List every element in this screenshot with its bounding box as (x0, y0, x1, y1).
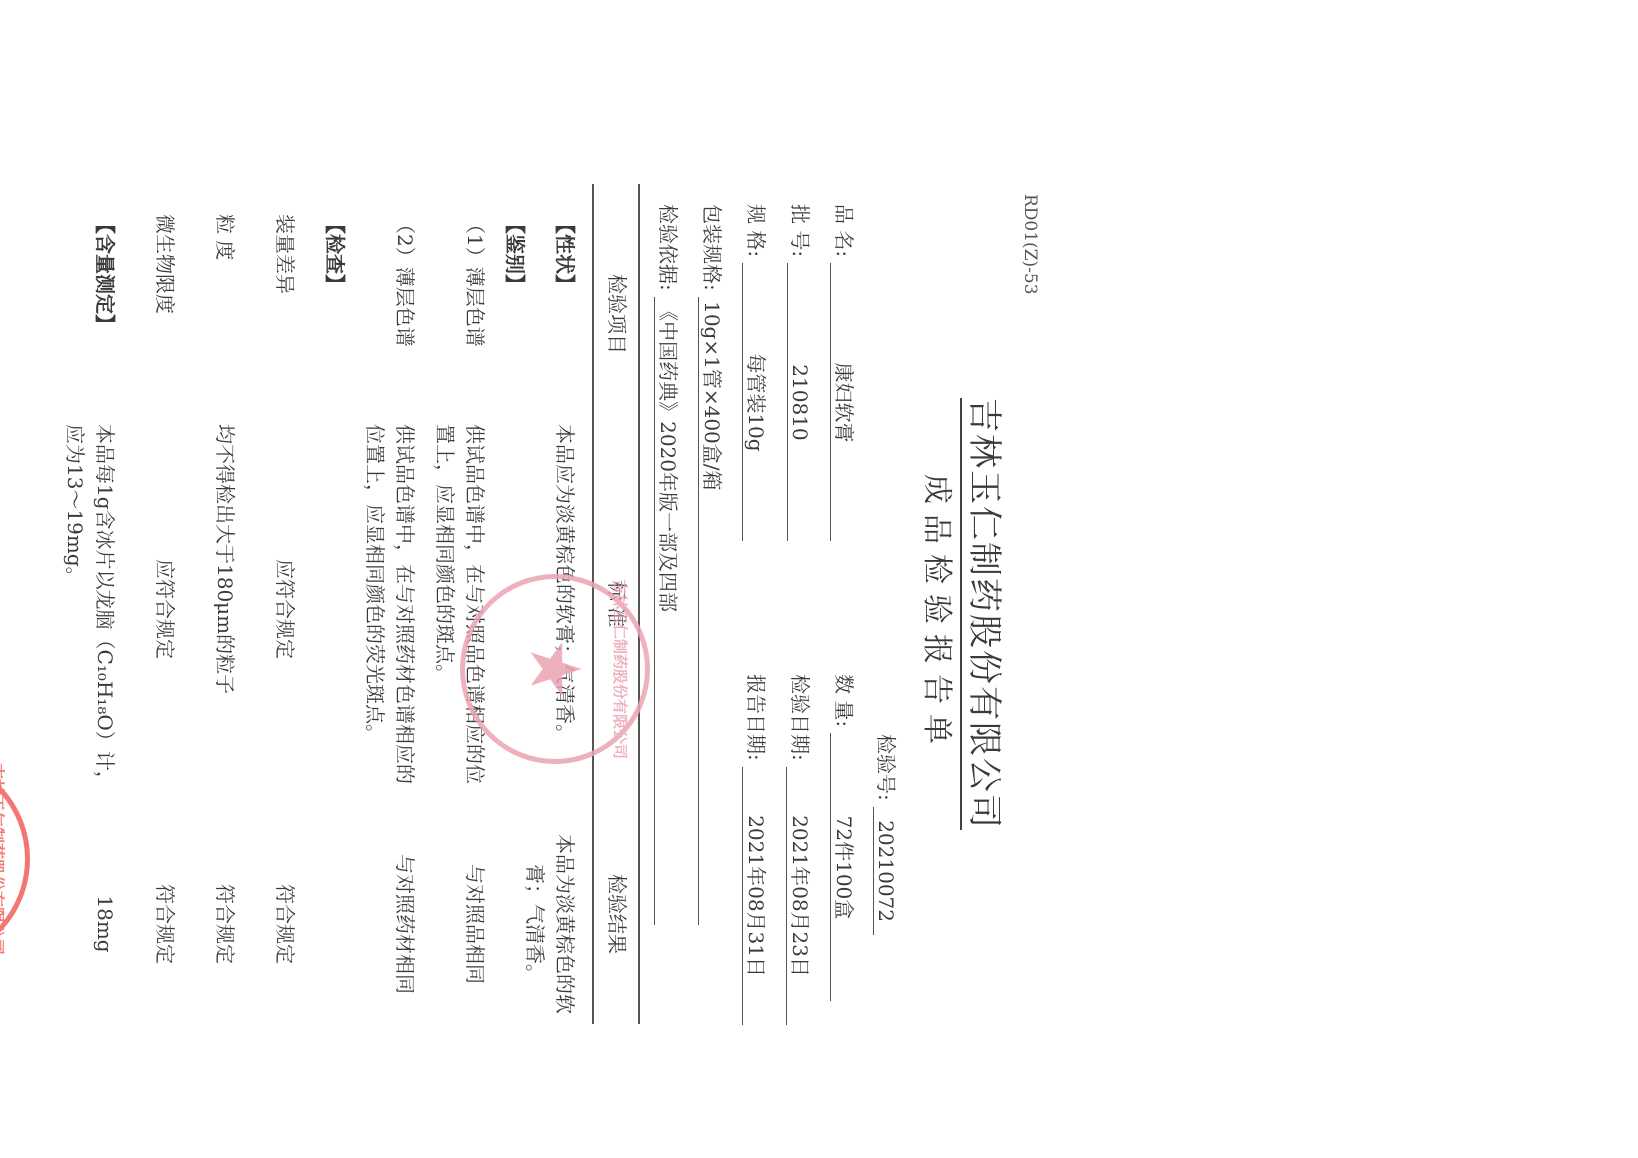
spec-field: 规 格: 每管装10g (742, 204, 772, 541)
star-icon: ★ (520, 638, 590, 701)
packing-field: 包装规格: 10g×1管×400盒/箱 (698, 204, 728, 925)
row-item: 微生物限度 (150, 214, 180, 414)
row-standard: 本品每1g含冰片以龙脑（C₁₀H₁₈O）计，应为13～19mg。 (60, 424, 120, 794)
row-item: 【检查】 (320, 214, 350, 414)
company-name: 吉林玉仁制药股份有限公司 (963, 174, 1012, 1054)
standard-stamp: ★ 吉林玉仁制药股份有限公司 (460, 574, 650, 764)
quality-stamp: ★ 吉林玉仁制药股份有限公司 质量管理部 (0, 754, 30, 964)
row-result: 与对照品相同 (460, 824, 490, 1024)
row-result: 与对照药材相同 (390, 824, 420, 1024)
report-date-field: 报告日期: 2021年08月31日 (742, 674, 772, 1025)
row-item: 粒 度 (210, 214, 240, 414)
inspection-no: 检验号: 20210072 (873, 734, 902, 935)
row-item: （2）薄层色谱 (390, 214, 420, 414)
inspection-date-field: 检验日期: 2021年08月23日 (786, 674, 816, 1025)
quantity-field: 数 量: 72件100盒 (830, 674, 860, 1001)
row-standard: 应符合规定 (270, 424, 300, 794)
row-result: 符合规定 (150, 824, 180, 1024)
inspection-report-page: RD01(Z)-53 吉林玉仁制药股份有限公司 成品检验报告单 检验号: 202… (0, 174, 1070, 1054)
table-top-border (638, 184, 640, 1024)
product-name-field: 品 名: 康妇软膏 (830, 204, 860, 541)
row-result: 18mg (90, 824, 120, 1024)
header-item: 检验项目 (602, 214, 632, 414)
batch-no-field: 批 号: 210810 (787, 204, 816, 541)
row-standard: 应符合规定 (150, 424, 180, 794)
row-standard: 均不得检出大于180μm的粒子 (210, 424, 240, 794)
row-item: 【鉴别】 (500, 214, 530, 414)
basis-field: 检验依据: 《中国药典》2020年版一部及四部 (654, 204, 684, 925)
report-title: 成品检验报告单 (918, 174, 962, 1054)
row-item: 【性状】 (550, 214, 580, 414)
row-result: 符合规定 (210, 824, 240, 1024)
row-result: 符合规定 (270, 824, 300, 1024)
header-result: 检验结果 (602, 814, 632, 1014)
row-result: 本品为淡黄棕色的软膏；气清香。 (520, 824, 580, 1024)
row-standard: 供试品色谱中，在与对照药材色谱相应的位置上，应显相同颜色的荧光斑点。 (360, 424, 420, 794)
row-item: 装量差异 (270, 214, 300, 414)
form-code: RD01(Z)-53 (1020, 194, 1040, 295)
row-item: （1）薄层色谱 (460, 214, 490, 414)
row-item: 【含量测定】 (90, 214, 120, 414)
